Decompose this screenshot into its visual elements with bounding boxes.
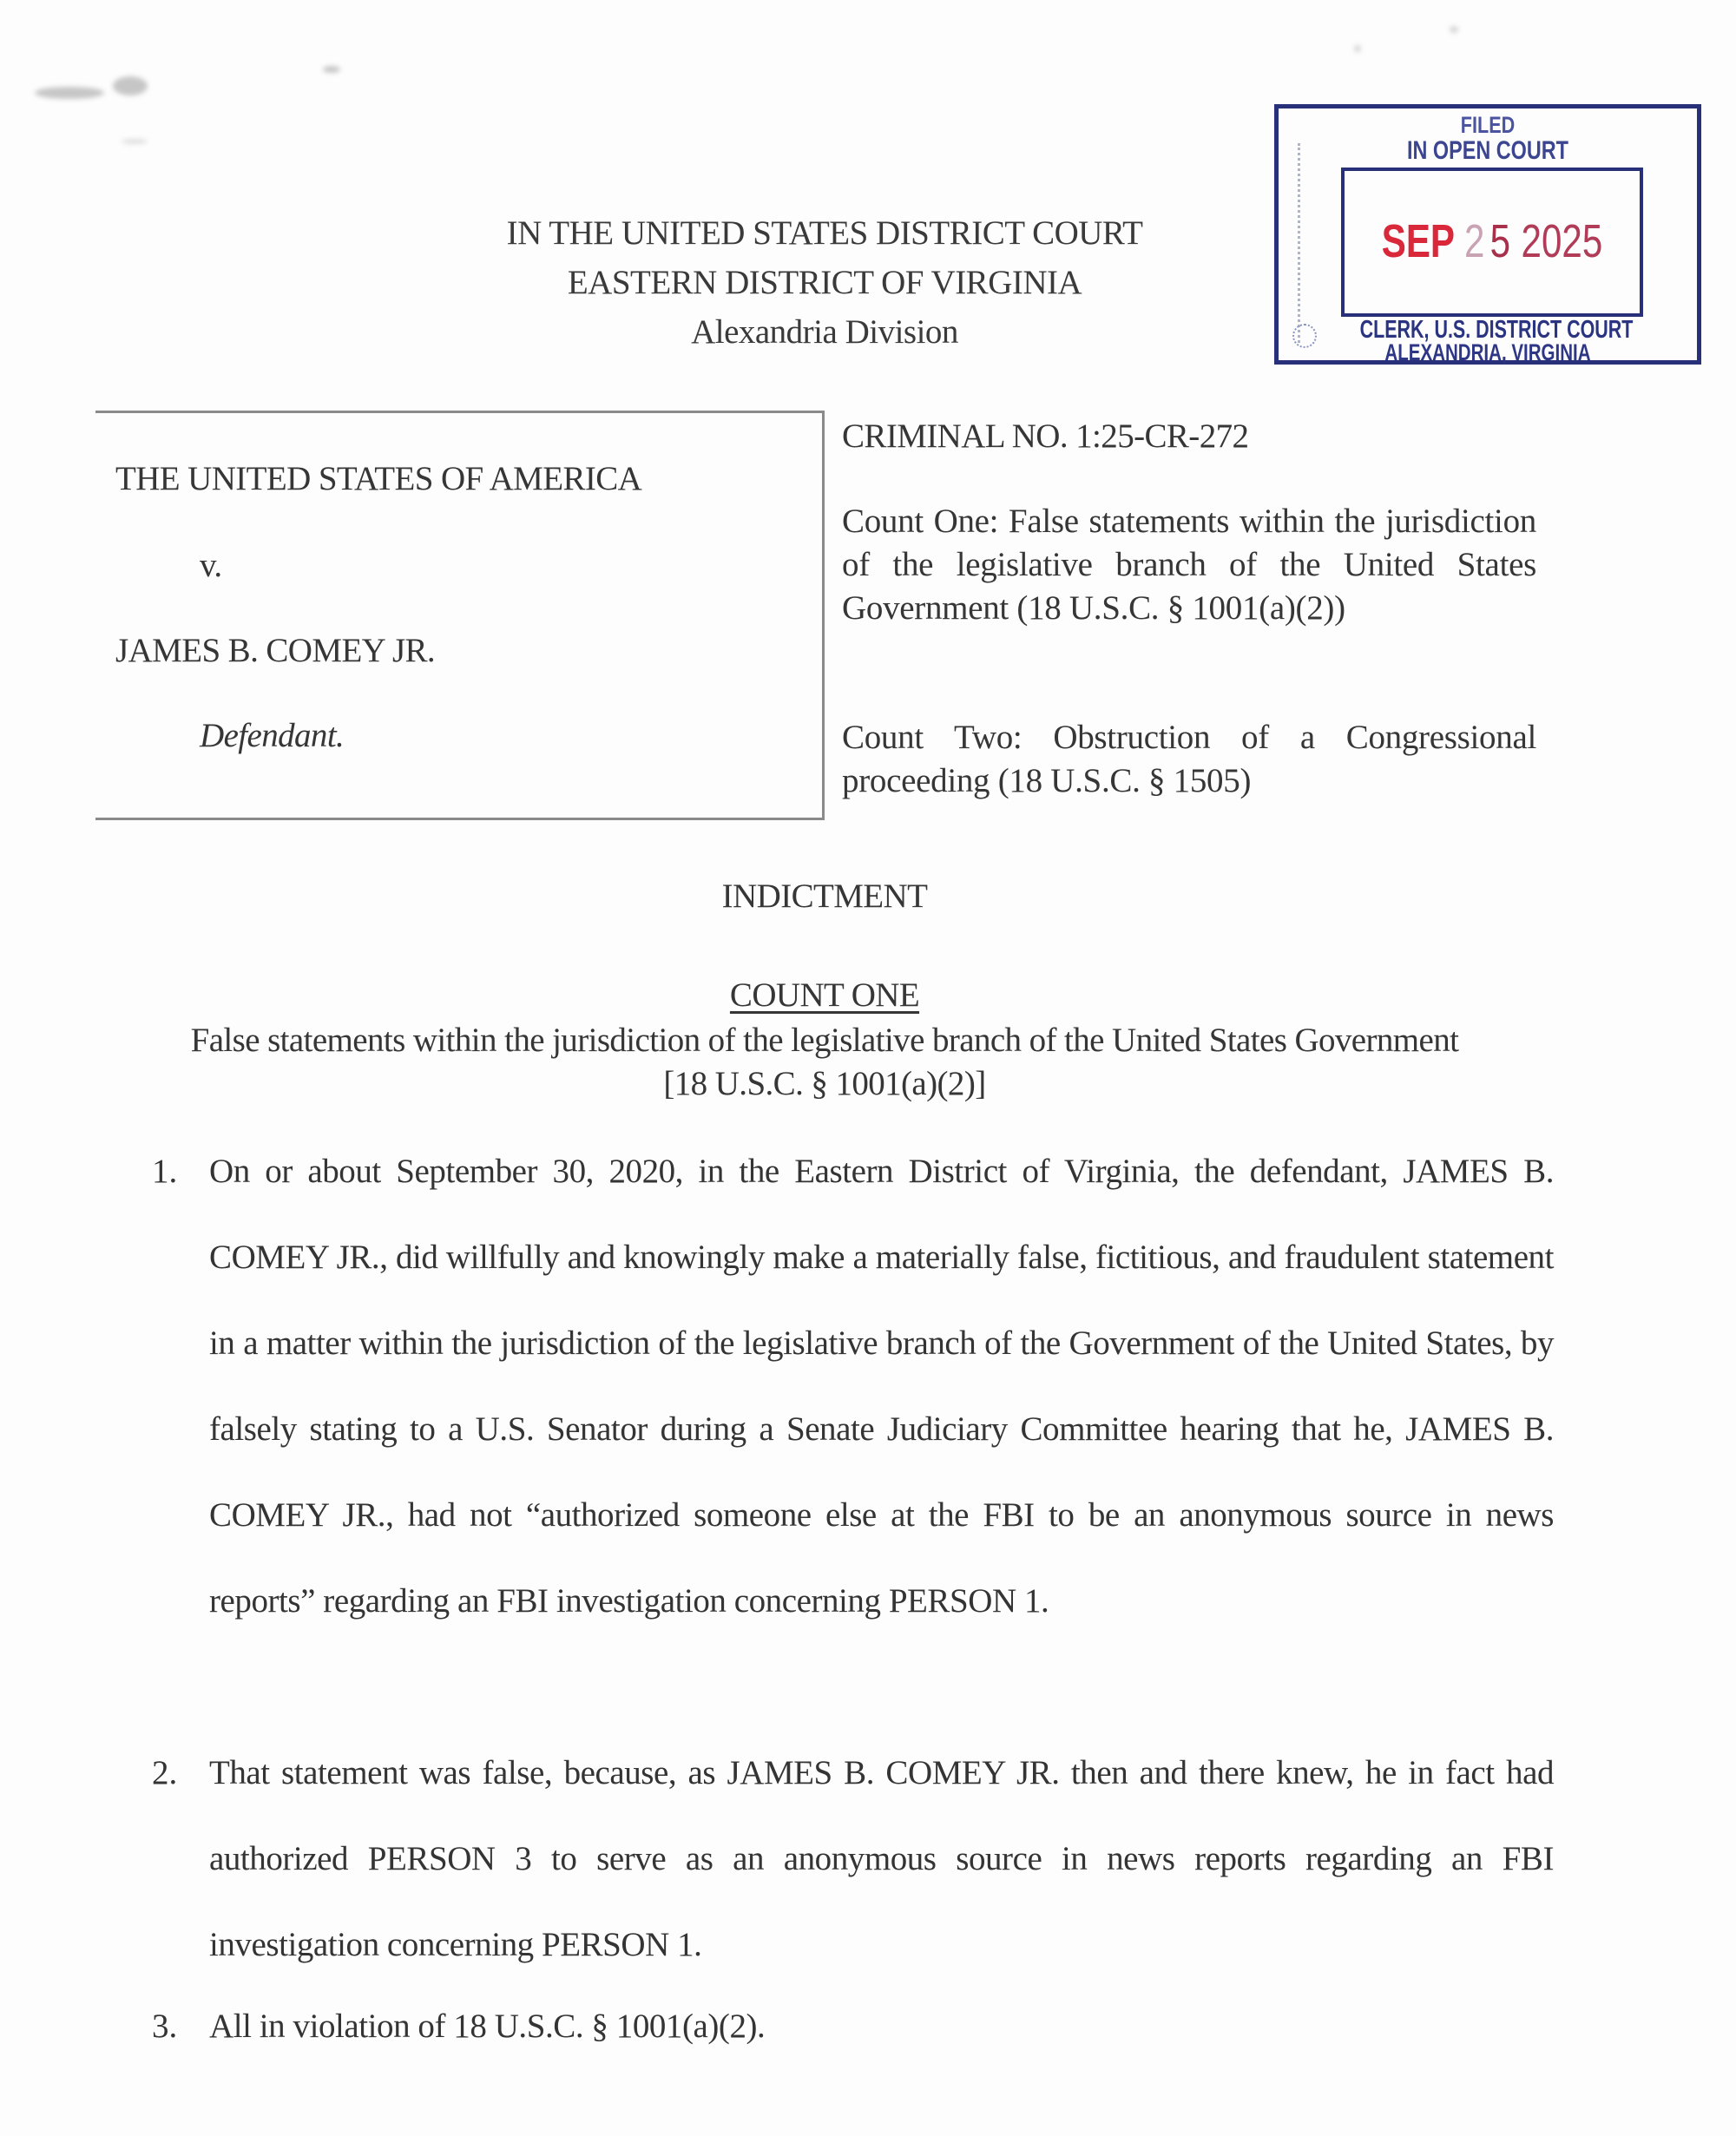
count-two-summary: Count Two: Obstruction of a Congressiona… xyxy=(842,716,1536,803)
court-header: IN THE UNITED STATES DISTRICT COURT EAST… xyxy=(391,208,1259,357)
paragraph: 1. On or about September 30, 2020, in th… xyxy=(152,1128,1554,1644)
stamp-date-month: SEP xyxy=(1382,215,1455,267)
count-one-citation: [18 U.S.C. § 1001(a)(2)] xyxy=(0,1062,1649,1106)
scan-artifact xyxy=(35,87,104,99)
stamp-clerk-label: CLERK, U.S. DISTRICT COURT xyxy=(1348,319,1645,341)
paragraph-text: All in violation of 18 U.S.C. § 1001(a)(… xyxy=(209,1983,1554,2069)
scan-artifact xyxy=(1450,26,1458,33)
stamp-city-label: ALEXANDRIA, VIRGINIA xyxy=(1329,341,1647,364)
stamp-open-court-label: IN OPEN COURT xyxy=(1325,138,1651,164)
stamp-date-box: SEP252025 xyxy=(1341,168,1643,317)
plaintiff-name: THE UNITED STATES OF AMERICA xyxy=(115,460,641,498)
defendant-name: JAMES B. COMEY JR. xyxy=(115,632,435,670)
count-one-summary: Count One: False statements within the j… xyxy=(842,500,1536,630)
paragraph-text: That statement was false, because, as JA… xyxy=(209,1730,1554,1988)
paragraph-number: 3. xyxy=(152,1983,204,2069)
filed-stamp: FILED IN OPEN COURT SEP252025 CLERK, U.S… xyxy=(1274,104,1701,365)
paragraph-text: On or about September 30, 2020, in the E… xyxy=(209,1128,1554,1644)
versus-label: v. xyxy=(200,547,222,585)
paragraph: 2. That statement was false, because, as… xyxy=(152,1730,1554,1988)
stamp-date-day-digit-2: 5 xyxy=(1490,215,1510,267)
stamp-signature-mark xyxy=(1298,143,1311,343)
scan-artifact xyxy=(122,139,148,144)
criminal-number: CRIMINAL NO. 1:25-CR-272 xyxy=(842,415,1536,458)
stamp-date-year: 2025 xyxy=(1522,215,1603,267)
count-one-subtitle: False statements within the jurisdiction… xyxy=(43,1019,1606,1062)
paragraph-number: 2. xyxy=(152,1730,204,1816)
count-one-heading: COUNT ONE xyxy=(0,974,1649,1017)
stamp-filed-label: FILED xyxy=(1320,114,1655,137)
scan-artifact xyxy=(113,76,148,95)
scan-artifact xyxy=(1354,45,1361,52)
paragraph-number: 1. xyxy=(152,1128,204,1214)
indictment-title: INDICTMENT xyxy=(0,875,1649,918)
court-division: Alexandria Division xyxy=(391,307,1259,357)
stamp-date: SEP252025 xyxy=(1377,216,1607,266)
court-name: IN THE UNITED STATES DISTRICT COURT xyxy=(391,208,1259,258)
stamp-seal-icon xyxy=(1292,324,1317,348)
scan-artifact xyxy=(323,66,340,73)
paragraph: 3. All in violation of 18 U.S.C. § 1001(… xyxy=(152,1983,1554,2069)
stamp-date-day-digit-1: 2 xyxy=(1464,215,1484,267)
document-page: IN THE UNITED STATES DISTRICT COURT EAST… xyxy=(0,0,1736,2136)
defendant-label: Defendant. xyxy=(200,717,344,755)
court-district: EASTERN DISTRICT OF VIRGINIA xyxy=(391,258,1259,307)
